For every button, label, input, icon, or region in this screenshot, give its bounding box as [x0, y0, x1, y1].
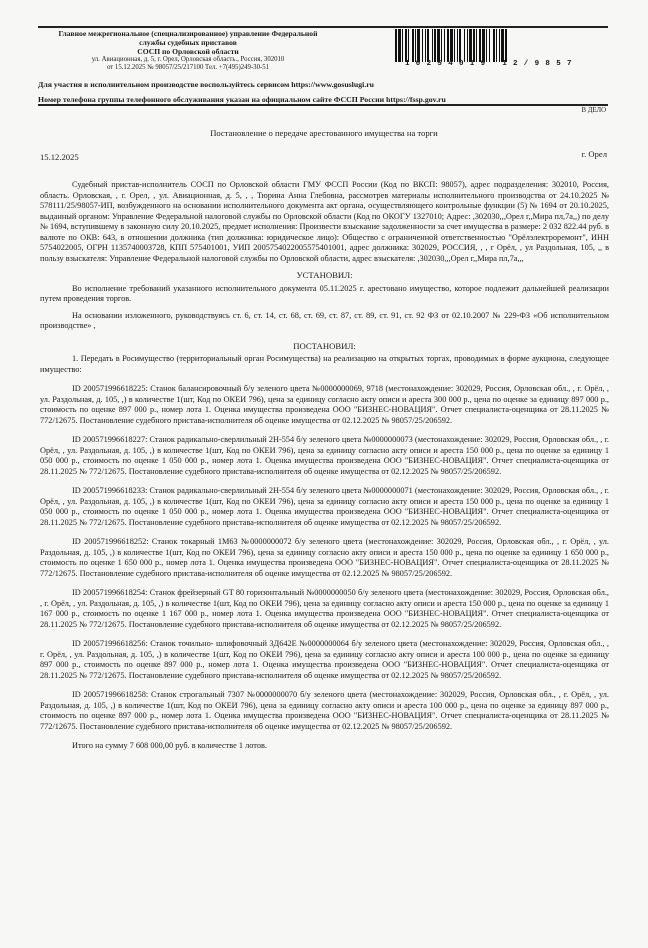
- total-line: Итого на сумму 7 608 000,00 руб. в колич…: [40, 741, 609, 752]
- org-line-3: СОСП по Орловской области: [38, 47, 338, 56]
- barcode-number: 10254019 12/9857: [405, 60, 605, 68]
- document-reference: от 15.12.2025 № 98057/25/217100 Тел. +7(…: [38, 64, 338, 72]
- intro-paragraph: Судебный пристав-исполнитель СОСП по Орл…: [40, 180, 609, 264]
- resolved-point-1: 1. Передать в Росимущество (территориаль…: [40, 354, 609, 375]
- filing-mark: В ДЕЛО: [582, 107, 606, 114]
- document-page: Главное межрегиональное (специализирован…: [0, 0, 648, 948]
- property-item: ID 200571996618254: Станок фрейзерный GT…: [40, 588, 609, 630]
- property-item: ID 200571996618258: Станок строгальный 7…: [40, 690, 609, 732]
- issuing-organization: Главное межрегиональное (специализирован…: [38, 29, 338, 72]
- header-top-rule: [38, 26, 608, 28]
- property-item: ID 200571996618233: Станок радикально-св…: [40, 486, 609, 528]
- property-item: ID 200571996618252: Станок токарный 1М63…: [40, 537, 609, 579]
- basis-paragraph: На основании изложенного, руководствуясь…: [40, 311, 609, 332]
- document-body: Судебный пристав-исполнитель СОСП по Орл…: [40, 180, 609, 752]
- established-heading: УСТАНОВИЛ:: [40, 270, 609, 281]
- org-line-2: службы судебных приставов: [38, 38, 338, 47]
- org-line-1: Главное межрегиональное (специализирован…: [38, 29, 338, 38]
- document-date: 15.12.2025: [40, 152, 79, 162]
- established-paragraph: Во исполнение требований указанного испо…: [40, 284, 609, 305]
- document-title: Постановление о передаче арестованного и…: [0, 128, 648, 138]
- property-item: ID 200571996618225: Станок балансировочн…: [40, 384, 609, 426]
- barcode: [395, 29, 607, 62]
- header-bottom-rule: [38, 104, 608, 106]
- phone-note: Номер телефона группы телефонного обслуж…: [38, 95, 446, 104]
- org-address: ул. Авиационная, д. 5, г. Орел, Орловска…: [38, 56, 338, 64]
- property-item: ID 200571996618227: Станок радикально-св…: [40, 435, 609, 477]
- gosuslugi-note: Для участия в исполнительном производств…: [38, 80, 374, 89]
- document-city: г. Орел: [582, 149, 607, 159]
- property-item: ID 200571996618256: Станок точильно- шли…: [40, 639, 609, 681]
- resolved-heading: ПОСТАНОВИЛ:: [40, 341, 609, 352]
